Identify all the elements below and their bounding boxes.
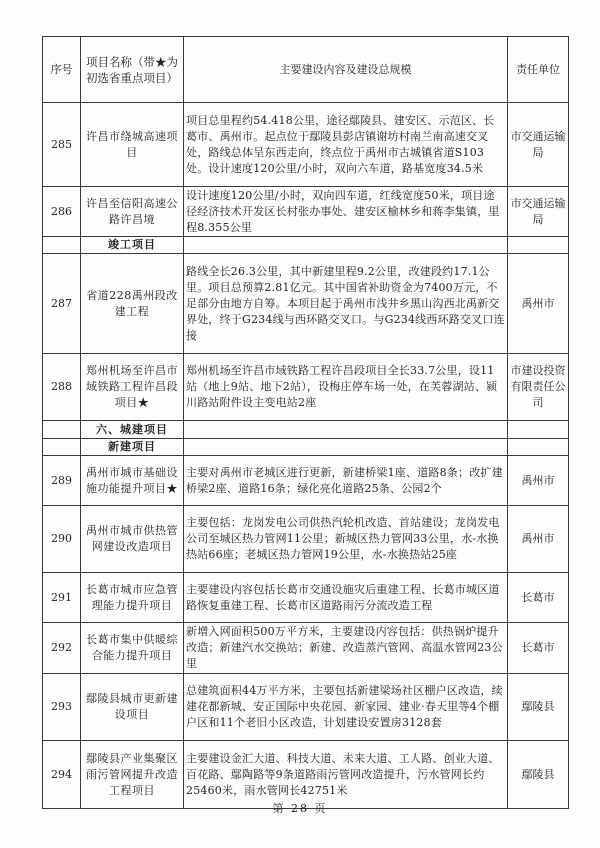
responsible-unit: 市交通运输局 <box>508 187 569 237</box>
row-number: 286 <box>43 187 81 237</box>
responsible-unit: 长葛市 <box>508 573 569 623</box>
project-name: 省道228禹州段改建工程 <box>81 254 184 354</box>
project-name: 鄢陵县产业集聚区雨污管网提升改造工程项目 <box>81 741 184 809</box>
project-content: 主要包括：龙岗发电公司供热汽轮机改造、首站建设；龙岗发电公司至城区热力管网11公… <box>184 506 508 573</box>
page-number: 第 28 页 <box>0 800 600 816</box>
section-no-cell <box>43 237 81 254</box>
section-content-cell <box>184 237 508 254</box>
project-content: 郑州机场至许昌市域铁路工程许昌段项目全长33.7公里，设11站（地上9站、地下2… <box>184 354 508 421</box>
project-content: 主要对禹州市老城区进行更新，新建桥梁1座、道路8条；改扩建桥梁2座、道路16条；… <box>184 456 508 506</box>
responsible-unit: 鄢陵县 <box>508 674 569 741</box>
project-name: 郑州机场至许昌市域铁路工程许昌段项目★ <box>81 354 184 421</box>
table-row: 288郑州机场至许昌市域铁路工程许昌段项目★郑州机场至许昌市域铁路工程许昌段项目… <box>43 354 569 421</box>
row-number: 294 <box>43 741 81 809</box>
project-name: 许昌市绕城高速项目 <box>81 103 184 187</box>
row-number: 293 <box>43 674 81 741</box>
table-row: 294鄢陵县产业集聚区雨污管网提升改造工程项目主要建设金汇大道、科技大道、未来大… <box>43 741 569 809</box>
project-name: 禹州市城市供热管网建设改造项目 <box>81 506 184 573</box>
row-number: 285 <box>43 103 81 187</box>
section-row: 六、城建项目 <box>43 421 569 439</box>
project-content: 主要建设内容包括长葛市交通设施灾后重建工程、长葛市城区道路恢复重建工程、长葛市区… <box>184 573 508 623</box>
row-number: 288 <box>43 354 81 421</box>
section-unit-cell <box>508 237 569 254</box>
project-name: 禹州市城市基础设施功能提升项目★ <box>81 456 184 506</box>
header-unit: 责任单位 <box>508 37 569 103</box>
row-number: 292 <box>43 623 81 674</box>
project-content: 项目总里程约54.418公里，途径鄢陵县、建安区、示范区、长葛市、禹州市。起点位… <box>184 103 508 187</box>
responsible-unit: 禹州市 <box>508 506 569 573</box>
document-page: 序号 项目名称（带★为初选省重点项目） 主要建设内容及建设总规模 责任单位 28… <box>0 0 600 848</box>
responsible-unit: 市交通运输局 <box>508 103 569 187</box>
section-label: 新建项目 <box>81 439 184 456</box>
responsible-unit: 鄢陵县 <box>508 741 569 809</box>
row-number: 289 <box>43 456 81 506</box>
header-name: 项目名称（带★为初选省重点项目） <box>81 37 184 103</box>
table-body: 285许昌市绕城高速项目项目总里程约54.418公里，途径鄢陵县、建安区、示范区… <box>43 103 569 809</box>
section-unit-cell <box>508 439 569 456</box>
project-content: 总建筑面积44万平方米，主要包括新建梁场社区棚户区改造，续建花都新城、安正国际中… <box>184 674 508 741</box>
section-content-cell <box>184 439 508 456</box>
table-row: 292长葛市集中供暖综合能力提升项目新增入网面积500万平方米，主要建设内容包括… <box>43 623 569 674</box>
project-name: 许昌至信阳高速公路许昌境 <box>81 187 184 237</box>
section-no-cell <box>43 439 81 456</box>
responsible-unit: 禹州市 <box>508 254 569 354</box>
project-content: 设计速度120公里/小时，双向四车道，红线宽度50米，项目途径经济技术开发区长村… <box>184 187 508 237</box>
table-row: 291长葛市城市应急管理能力提升项目主要建设内容包括长葛市交通设施灾后重建工程、… <box>43 573 569 623</box>
section-content-cell <box>184 421 508 439</box>
table-row: 289禹州市城市基础设施功能提升项目★主要对禹州市老城区进行更新，新建桥梁1座、… <box>43 456 569 506</box>
responsible-unit: 禹州市 <box>508 456 569 506</box>
section-label: 六、城建项目 <box>81 421 184 439</box>
section-unit-cell <box>508 421 569 439</box>
header-no: 序号 <box>43 37 81 103</box>
row-number: 290 <box>43 506 81 573</box>
project-content: 路线全长26.3公里，其中新建里程9.2公里，改建段约17.1公里。项目总预算2… <box>184 254 508 354</box>
project-name: 鄢陵县城市更新建设项目 <box>81 674 184 741</box>
header-content: 主要建设内容及建设总规模 <box>184 37 508 103</box>
table-header-row: 序号 项目名称（带★为初选省重点项目） 主要建设内容及建设总规模 责任单位 <box>43 37 569 103</box>
project-table: 序号 项目名称（带★为初选省重点项目） 主要建设内容及建设总规模 责任单位 28… <box>42 36 569 809</box>
project-name: 长葛市集中供暖综合能力提升项目 <box>81 623 184 674</box>
project-content: 主要建设金汇大道、科技大道、未来大道、工人路、创业大道、百花路、鄢陶路等9条道路… <box>184 741 508 809</box>
section-label: 竣工项目 <box>81 237 184 254</box>
table-row: 285许昌市绕城高速项目项目总里程约54.418公里，途径鄢陵县、建安区、示范区… <box>43 103 569 187</box>
table-row: 293鄢陵县城市更新建设项目总建筑面积44万平方米，主要包括新建梁场社区棚户区改… <box>43 674 569 741</box>
project-content: 新增入网面积500万平方米，主要建设内容包括：供热锅炉提升改造；新建汽水交换站；… <box>184 623 508 674</box>
section-row: 竣工项目 <box>43 237 569 254</box>
responsible-unit: 市建设投资有限责任公司 <box>508 354 569 421</box>
row-number: 291 <box>43 573 81 623</box>
table-row: 286许昌至信阳高速公路许昌境设计速度120公里/小时，双向四车道，红线宽度50… <box>43 187 569 237</box>
project-name: 长葛市城市应急管理能力提升项目 <box>81 573 184 623</box>
table-row: 290禹州市城市供热管网建设改造项目主要包括：龙岗发电公司供热汽轮机改造、首站建… <box>43 506 569 573</box>
row-number: 287 <box>43 254 81 354</box>
table-row: 287省道228禹州段改建工程路线全长26.3公里，其中新建里程9.2公里，改建… <box>43 254 569 354</box>
section-row: 新建项目 <box>43 439 569 456</box>
responsible-unit: 长葛市 <box>508 623 569 674</box>
section-no-cell <box>43 421 81 439</box>
